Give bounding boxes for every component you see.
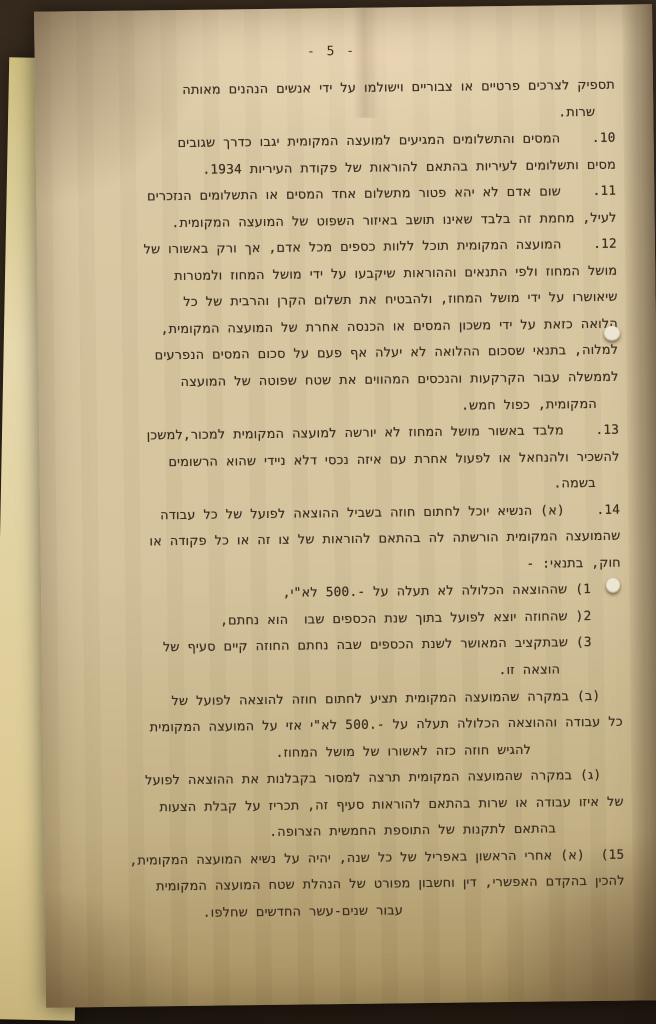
number-token: .14 (596, 502, 620, 517)
text-segment: מושל המחוז ולפי התנאים וההוראות שיקבעו ע… (174, 263, 617, 283)
text-segment: (א) אחרי הראשון באפריל של כל שנה, יהיה ע… (129, 848, 600, 869)
text-segment: להכין בהקדם האפשרי, דין וחשבון מפורט של … (156, 874, 625, 895)
text-segment: (ב) במקרה שהמועצה המקומית תציע לחתום חוז… (171, 688, 600, 708)
text-segment: לעיל, מחמת זה בלבד שאינו תושב באיזור השפ… (171, 210, 616, 230)
text-segment: תספיק לצרכים פרטיים או צבוריים וישולמו ע… (182, 78, 615, 98)
text-segment: שום אדם לא יהא פטור מתשלום אחד המסים או … (147, 184, 593, 204)
paper-sheet: - 5 - תספיק לצרכים פרטיים או צבוריים ויש… (34, 4, 656, 1007)
text-segment: להגיש חוזה כזה לאשורו של מושל המחוז. (276, 742, 532, 760)
text-segment: שרות. (558, 104, 595, 119)
page-number: - 5 - (22, 4, 641, 66)
text-segment: הוצאה זו. (499, 662, 561, 678)
text-segment: לא"י אזי על המועצה המקומית (150, 718, 346, 735)
number-token: (1 (575, 582, 591, 597)
text-segment: בהתאם לתקנות של התוספת החמשית הצרופה. (269, 822, 556, 841)
text-segment: שהמועצה המקומית הורשתה לה בהתאם להוראות … (149, 529, 620, 550)
text-segment: כל עבודה וההוצאה הכלולה תעלה על (385, 715, 623, 733)
number-token: .11 (592, 184, 616, 199)
text-segment: עבור שנים-עשר החדשים שחלפו. (203, 903, 403, 920)
photo-frame: - 5 - תספיק לצרכים פרטיים או צבוריים ויש… (0, 0, 656, 1024)
text-segment: בשמה. (554, 476, 596, 492)
text-line: עבור שנים-עשר החדשים שחלפו. (71, 896, 625, 929)
text-segment: לא"י, (283, 586, 326, 602)
number-token: 500.- (326, 585, 366, 600)
punch-hole-top (604, 326, 620, 341)
text-segment: המסים והתשלומים המגיעים למועצה המקומית י… (177, 131, 592, 151)
text-segment: המועצה המקומית תוכל ללוות כספים מכל אדם,… (143, 237, 593, 257)
text-segment: חוק, בתנאי: - (526, 555, 621, 571)
text-segment: שהחוזה יוצא לפועל בתוך שנת הכספים שבו הו… (220, 609, 576, 628)
number-token: .12 (593, 237, 617, 252)
number-token: .10 (592, 131, 616, 146)
number-token: (15 (601, 847, 625, 862)
text-segment: (ג) במקרה שהמועצה המקומית תרצה למסור בקב… (145, 768, 602, 789)
text-segment: שיאושרו על ידי מושל המחוז, ולהבטיח את תש… (183, 290, 617, 310)
text-segment: שבתקציב המאושר לשנת הכספים שבה נחתם החוז… (163, 636, 576, 656)
text-segment: המקומית, כפול חמש. (461, 396, 597, 413)
text-segment: הלואה כזאת על ידי משכון המסים או הכנסה א… (161, 317, 618, 338)
text-segment: של איזו עבודה או שרות בהתאם להוראות סעיף… (159, 794, 623, 815)
text-lines: תספיק לצרכים פרטיים או צבוריים וישולמו ע… (35, 58, 656, 929)
punch-hole-bottom (606, 578, 620, 593)
text-segment: לממשלה עבור הקרקעות והנכסים המהווים את ש… (181, 370, 619, 390)
text-segment: מלבד באשור מושל המחוז לא יורשה למועצה המ… (147, 423, 596, 443)
text-segment: להשכיר ולהנחאל או לפעול אחרת עם איזה נכס… (168, 449, 619, 470)
number-token: (3 (576, 635, 592, 650)
text-segment: למלוה, בתנאי שסכום ההלואה לא יעלה אף פעם… (155, 343, 619, 364)
text-segment: שההוצאה הכלולה לא תעלה על (365, 583, 575, 601)
text-segment: (א) הנשיא יוכל לחתום חוזה בשביל ההוצאה ל… (160, 503, 596, 523)
number-token: 500.- (345, 718, 385, 733)
text-segment: מסים ותשלומים לעיריות בהתאם להוראות של פ… (202, 157, 616, 177)
number-token: )2 (576, 609, 592, 624)
number-token: .13 (595, 423, 619, 438)
